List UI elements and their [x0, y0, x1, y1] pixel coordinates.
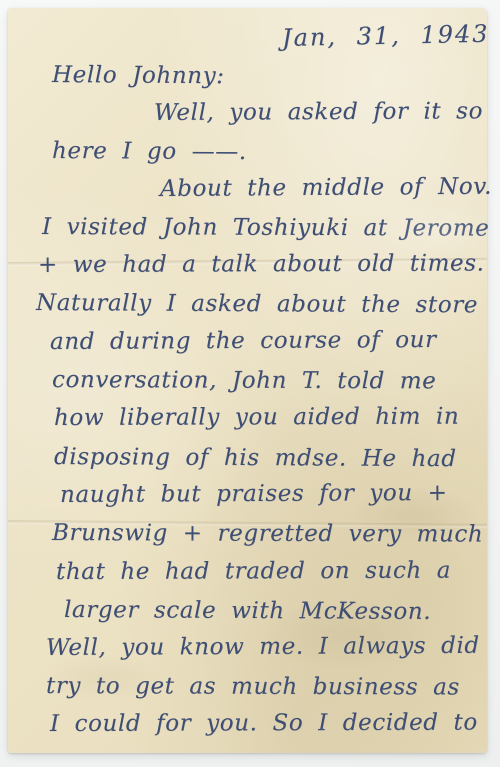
letter-line: Well, you know me. I always did: [46, 633, 480, 661]
letter-line: I could for you. So I decided to: [50, 710, 478, 737]
letter-line: Brunswig + regretted very much: [52, 520, 483, 548]
letter-salutation: Hello Johnny:: [52, 62, 225, 89]
letter-line: Well, you asked for it so: [154, 98, 483, 126]
letter-paper: Jan, 31, 1943 Hello Johnny: Well, you as…: [8, 8, 487, 753]
letter-line: I visited John Toshiyuki at Jerome: [42, 214, 489, 242]
letter-line: larger scale with McKesson.: [64, 597, 431, 625]
letter-line: try to get as much business as: [46, 673, 460, 700]
scan-background: Jan, 31, 1943 Hello Johnny: Well, you as…: [0, 0, 500, 767]
letter-line: and during the course of our: [50, 327, 437, 355]
letter-line: + we had a talk about old times.: [38, 250, 485, 278]
letter-line: conversation, John T. told me: [52, 367, 437, 394]
letter-line: here I go ——.: [52, 138, 247, 165]
letter-line: disposing of his mdse. He had: [54, 444, 457, 472]
letter-line: that he had traded on such a: [56, 558, 451, 585]
letter-line: About the middle of Nov.: [160, 174, 492, 202]
letter-line: naught but praises for you +: [60, 480, 448, 508]
letter-date: Jan, 31, 1943: [282, 20, 490, 52]
letter-line: Naturally I asked about the store: [36, 290, 478, 318]
letter-line: how liberally you aided him in: [54, 404, 459, 431]
